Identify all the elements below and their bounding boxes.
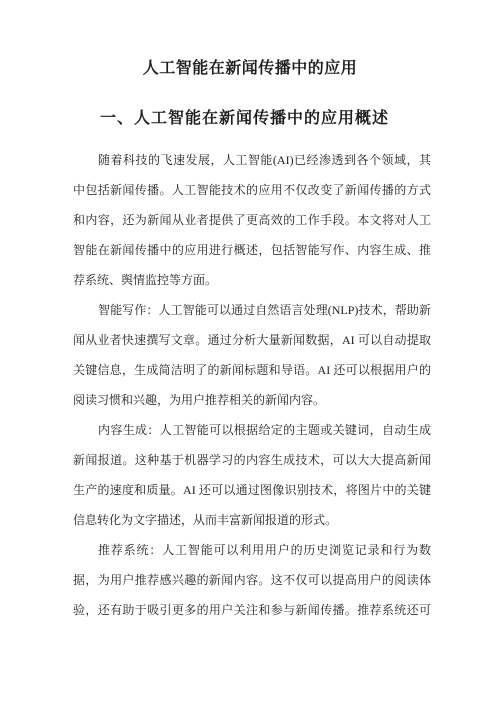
text-line: 随着科技的飞速发展，人工智能(AI)已经渗透到各个领域，其	[73, 145, 431, 175]
paragraph: 智能写作：人工智能可以通过自然语言处理(NLP)技术，帮助新闻从业者快速撰写文章…	[73, 295, 431, 415]
text-line: 新闻报道。这种基于机器学习的内容生成技术，可以大大提高新闻	[73, 445, 431, 475]
section-heading: 一、人工智能在新闻传播中的应用概述	[74, 104, 500, 134]
paragraph: 内容生成：人工智能可以根据给定的主题或关键词，自动生成新闻报道。这种基于机器学习…	[73, 415, 431, 535]
text-line: 内容生成：人工智能可以根据给定的主题或关键词，自动生成	[73, 415, 431, 445]
document-title: 人工智能在新闻传播中的应用	[0, 54, 500, 84]
paragraph: 随着科技的飞速发展，人工智能(AI)已经渗透到各个领域，其中包括新闻传播。人工智…	[73, 145, 431, 295]
text-line: 和内容，还为新闻从业者提供了更高效的工作手段。本文将对人工	[73, 205, 431, 235]
text-line: 推荐系统：人工智能可以利用用户的历史浏览记录和行为数	[73, 535, 431, 565]
text-line: 据，为用户推荐感兴趣的新闻内容。这不仅可以提高用户的阅读体	[73, 565, 431, 595]
text-line: 闻从业者快速撰写文章。通过分析大量新闻数据，AI 可以自动提取	[73, 325, 431, 355]
text-line: 阅读习惯和兴趣，为用户推荐相关的新闻内容。	[73, 385, 431, 415]
text-line: 智能写作：人工智能可以通过自然语言处理(NLP)技术，帮助新	[73, 295, 431, 325]
text-line: 荐系统、舆情监控等方面。	[73, 265, 431, 295]
document-page: 人工智能在新闻传播中的应用 一、人工智能在新闻传播中的应用概述 随着科技的飞速发…	[0, 0, 500, 707]
paragraph: 推荐系统：人工智能可以利用用户的历史浏览记录和行为数据，为用户推荐感兴趣的新闻内…	[73, 535, 431, 625]
text-line: 验，还有助于吸引更多的用户关注和参与新闻传播。推荐系统还可	[73, 595, 431, 625]
text-line: 信息转化为文字描述，从而丰富新闻报道的形式。	[73, 505, 431, 535]
text-line: 智能在新闻传播中的应用进行概述，包括智能写作、内容生成、推	[73, 235, 431, 265]
text-line: 生产的速度和质量。AI 还可以通过图像识别技术，将图片中的关键	[73, 475, 431, 505]
text-line: 中包括新闻传播。人工智能技术的应用不仅改变了新闻传播的方式	[73, 175, 431, 205]
document-body: 随着科技的飞速发展，人工智能(AI)已经渗透到各个领域，其中包括新闻传播。人工智…	[73, 145, 431, 625]
text-line: 关键信息，生成简洁明了的新闻标题和导语。AI 还可以根据用户的	[73, 355, 431, 385]
